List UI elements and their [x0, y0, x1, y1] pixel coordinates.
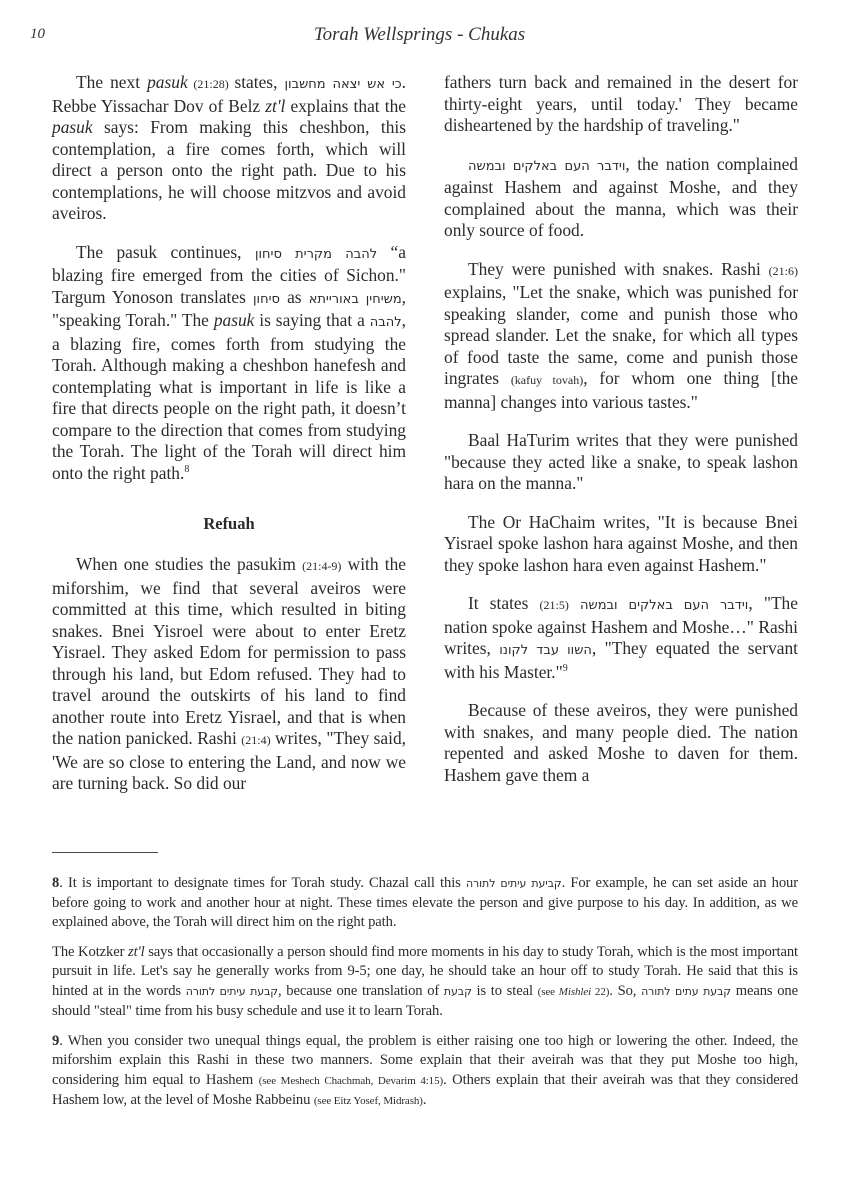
paragraph-baal-haturim: Baal HaTurim writes that they were punis…	[444, 430, 798, 495]
source-reference: (see Eitz Yosef, Midrash)	[314, 1095, 423, 1107]
footnote-8-continued: The Kotzker zt'l says that occasionally …	[52, 943, 798, 1022]
text: , a blazing fire, comes forth from study…	[52, 310, 406, 483]
italic-term: zt'l	[128, 944, 145, 960]
verse-reference: (21:5)	[540, 598, 569, 612]
text: . So,	[609, 983, 641, 999]
text: says: From making this cheshbon, this co…	[52, 117, 406, 223]
paragraph-nation-complained: וידבר העם באלקים ובמשה, the nation compl…	[444, 154, 798, 242]
paragraph-refuah: When one studies the pasukim (21:4-9) wi…	[52, 554, 406, 795]
paragraph-punished-snakes: They were punished with snakes. Rashi (2…	[444, 259, 798, 414]
right-column: fathers turn back and remained in the de…	[444, 72, 798, 803]
italic-term: pasuk	[214, 310, 255, 330]
hebrew-quote: כי אש יצאה מחשבון	[284, 77, 401, 92]
page-header: 10 Torah Wellsprings - Chukas	[30, 26, 809, 50]
text: 22)	[591, 986, 609, 998]
text: states,	[234, 72, 284, 92]
running-title: Torah Wellsprings - Chukas	[30, 24, 809, 46]
footnotes: 8. It is important to designate times fo…	[52, 874, 798, 1122]
source-reference: (see Mishlei 22)	[538, 986, 610, 998]
paragraph-pasuk-continues: The pasuk continues, להבה מקרית סיחון “a…	[52, 242, 406, 485]
section-heading-refuah: Refuah	[52, 514, 406, 534]
hebrew-quote: קביעת עיתים לתורה	[466, 877, 562, 890]
text: (see	[538, 986, 559, 998]
paragraph-it-states: It states (21:5) וידבר העם באלקים ובמשה,…	[444, 593, 798, 683]
hebrew-word: להבה	[370, 315, 402, 330]
verse-reference: (21:4)	[241, 733, 270, 747]
paragraph-next-pasuk: The next pasuk (21:28) states, כי אש יצא…	[52, 72, 406, 225]
text: is saying that a	[254, 310, 369, 330]
footnote-divider	[52, 852, 158, 853]
paragraph-continued: fathers turn back and remained in the de…	[444, 72, 798, 137]
italic-term: zt'l	[265, 96, 285, 116]
hebrew-quote: משיחין באורייתא	[309, 292, 402, 307]
footnote-marker-8[interactable]: 8	[184, 464, 189, 475]
verse-reference: (21:6)	[769, 264, 798, 278]
text: It states	[468, 593, 540, 613]
hebrew-quote: קבעת עתים לתורה	[641, 985, 731, 998]
hebrew-quote: וידבר העם באלקים ובמשה	[580, 598, 748, 613]
paragraph-because-aveiros: Because of these aveiros, they were puni…	[444, 700, 798, 786]
text: They were punished with snakes. Rashi	[468, 259, 769, 279]
italic-term: pasuk	[52, 117, 93, 137]
italic-term: Mishlei	[559, 986, 591, 998]
text: as	[280, 287, 309, 307]
hebrew-quote: השוו עבד לקונו	[499, 643, 592, 658]
text: with the miforshim, we find that several…	[52, 554, 406, 748]
hebrew-word: סיחון	[253, 292, 280, 307]
footnote-8: 8. It is important to designate times fo…	[52, 874, 798, 933]
text: The next	[76, 72, 147, 92]
footnote-9: 9. When you consider two unequal things …	[52, 1032, 798, 1112]
text: , because one translation of	[278, 983, 444, 999]
text: explains that the	[285, 96, 406, 116]
text: When one studies the pasukim	[76, 554, 302, 574]
source-reference: (see Meshech Chachmah, Devarim 4:15)	[259, 1075, 443, 1087]
text: The pasuk continues,	[76, 242, 255, 262]
text: The Kotzker	[52, 944, 128, 960]
left-column: The next pasuk (21:28) states, כי אש יצא…	[52, 72, 406, 812]
text: is to steal	[472, 983, 538, 999]
verse-reference: (21:4-9)	[302, 559, 341, 573]
text: .	[423, 1092, 427, 1108]
hebrew-quote: וידבר העם באלקים ובמשה	[468, 159, 625, 174]
italic-term: pasuk	[147, 72, 188, 92]
hebrew-quote: קבעת עיתים לתורה	[186, 985, 278, 998]
footnote-marker-9[interactable]: 9	[563, 663, 568, 674]
text: . It is important to designate times for…	[59, 875, 466, 891]
hebrew-word: קבעת	[444, 985, 472, 998]
hebrew-quote: להבה מקרית סיחון	[255, 247, 377, 262]
body-columns: The next pasuk (21:28) states, כי אש יצא…	[52, 72, 804, 852]
paragraph-or-hachaim: The Or HaChaim writes, "It is because Bn…	[444, 512, 798, 577]
term-gloss: (kafuy tovah)	[511, 373, 583, 387]
verse-reference: (21:28)	[188, 77, 235, 91]
